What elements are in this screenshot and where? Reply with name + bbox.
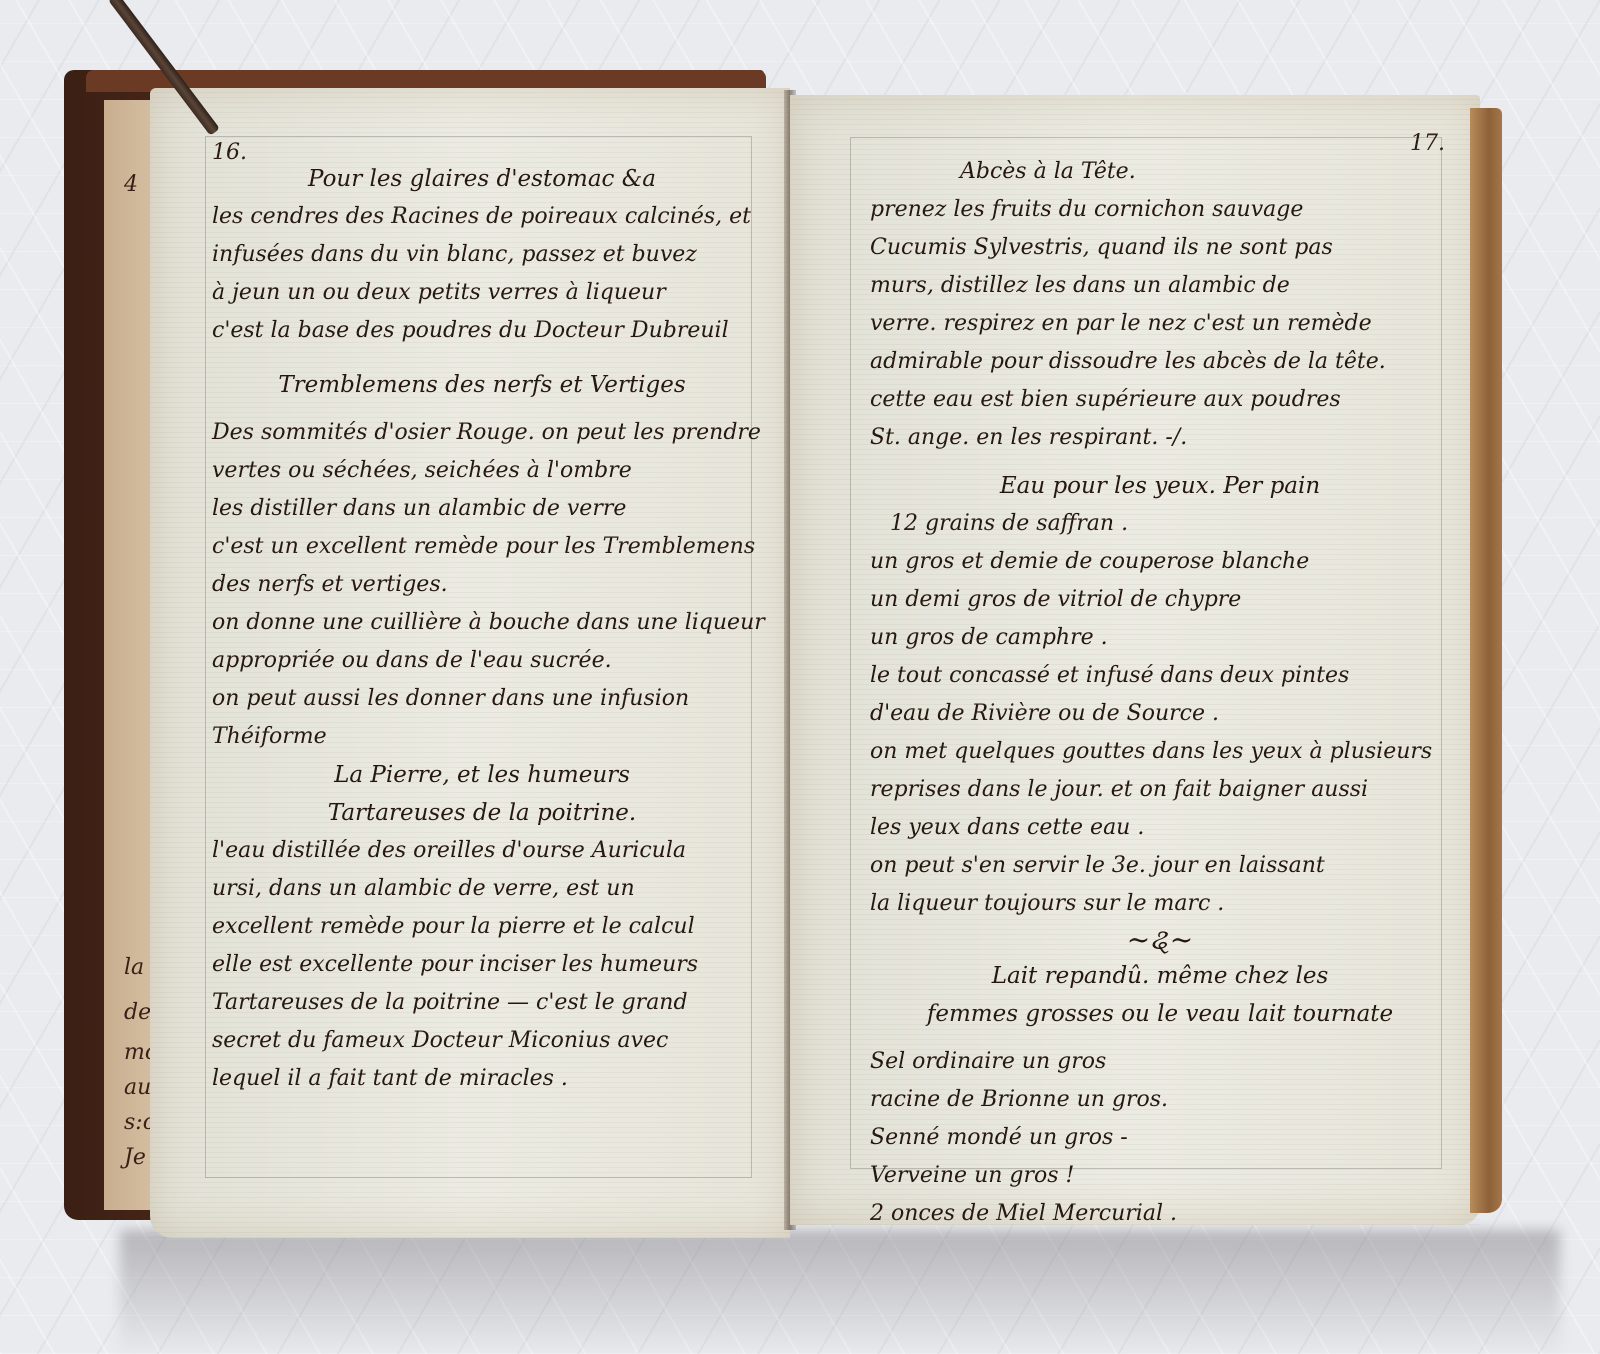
fragment-letters: Je	[124, 1145, 146, 1170]
section-heading-line2: Tartareuses de la poitrine.	[212, 794, 752, 832]
text-line: murs, distillez les dans un alambic de	[870, 267, 1450, 305]
text-line: Sel ordinaire un gros	[870, 1043, 1450, 1081]
text-line: on peut s'en servir le 3e. jour en laiss…	[870, 847, 1450, 885]
left-page: 16. Pour les glaires d'estomac &a les ce…	[150, 88, 790, 1238]
text-line: racine de Brionne un gros.	[870, 1081, 1450, 1119]
book-shadow	[120, 1230, 1560, 1354]
section-heading: Eau pour les yeux. Per pain	[870, 467, 1450, 505]
left-page-text: Pour les glaires d'estomac &a les cendre…	[212, 160, 752, 1098]
text-line: les yeux dans cette eau .	[870, 809, 1450, 847]
text-line: Verveine un gros !	[870, 1157, 1450, 1195]
text-line: St. ange. en les respirant. -/.	[870, 419, 1450, 457]
text-line: c'est la base des poudres du Docteur Dub…	[212, 312, 752, 350]
section-heading: La Pierre, et les humeurs	[212, 756, 752, 794]
section-heading: Abcès à la Tête.	[870, 153, 1450, 191]
text-line: les distiller dans un alambic de verre	[212, 490, 752, 528]
text-line: un gros de camphre .	[870, 619, 1450, 657]
text-line: lequel il a fait tant de miracles .	[212, 1060, 752, 1098]
text-line: on donne une cuillière à bouche dans une…	[212, 604, 752, 642]
text-line: 2 onces de Miel Mercurial .	[870, 1195, 1450, 1233]
text-line: les cendres des Racines de poireaux calc…	[212, 198, 752, 236]
text-line: Cucumis Sylvestris, quand ils ne sont pa…	[870, 229, 1450, 267]
flourish-ornament: ~ୡ~	[870, 923, 1450, 957]
text-line: prenez les fruits du cornichon sauvage	[870, 191, 1450, 229]
text-line: on peut aussi les donner dans une infusi…	[212, 680, 752, 718]
section-heading: Tremblemens des nerfs et Vertiges	[212, 366, 752, 404]
text-line: verre. respirez en par le nez c'est un r…	[870, 305, 1450, 343]
text-line: un demi gros de vitriol de chypre	[870, 581, 1450, 619]
section-heading: Lait repandû. même chez les	[870, 957, 1450, 995]
text-line: Théiforme	[212, 718, 752, 756]
fragment-letters: de	[124, 1000, 151, 1025]
text-line: 12 grains de saffran .	[870, 505, 1450, 543]
section-heading-line2: femmes grosses ou le veau lait tournate	[870, 995, 1450, 1033]
text-line: elle est excellente pour inciser les hum…	[212, 946, 752, 984]
text-line: le tout concassé et infusé dans deux pin…	[870, 657, 1450, 695]
text-line: appropriée ou dans de l'eau sucrée.	[212, 642, 752, 680]
fragment-letters: la	[124, 955, 144, 980]
text-line: à jeun un ou deux petits verres à liqueu…	[212, 274, 752, 312]
fragment-letters: au	[124, 1075, 151, 1100]
text-line: Tartareuses de la poitrine — c'est le gr…	[212, 984, 752, 1022]
text-line: vertes ou séchées, seichées à l'ombre	[212, 452, 752, 490]
text-line: la liqueur toujours sur le marc .	[870, 885, 1450, 923]
text-line: ursi, dans un alambic de verre, est un	[212, 870, 752, 908]
text-line: un gros et demie de couperose blanche	[870, 543, 1450, 581]
text-line: l'eau distillée des oreilles d'ourse Aur…	[212, 832, 752, 870]
section-heading: Pour les glaires d'estomac &a	[212, 160, 752, 198]
page-block-edge	[1470, 108, 1502, 1213]
right-page-text: Abcès à la Tête. prenez les fruits du co…	[870, 153, 1450, 1233]
text-line: Des sommités d'osier Rouge. on peut les …	[212, 414, 752, 452]
text-line: cette eau est bien supérieure aux poudre…	[870, 381, 1450, 419]
text-line: des nerfs et vertiges.	[212, 566, 752, 604]
text-line: admirable pour dissoudre les abcès de la…	[870, 343, 1450, 381]
text-line: excellent remède pour la pierre et le ca…	[212, 908, 752, 946]
right-page: 17. Abcès à la Tête. prenez les fruits d…	[790, 95, 1480, 1225]
fragment-folio: 4	[124, 172, 138, 197]
text-line: c'est un excellent remède pour les Tremb…	[212, 528, 752, 566]
text-line: infusées dans du vin blanc, passez et bu…	[212, 236, 752, 274]
text-line: d'eau de Rivière ou de Source .	[870, 695, 1450, 733]
text-line: Senné mondé un gros -	[870, 1119, 1450, 1157]
text-line: secret du fameux Docteur Miconius avec	[212, 1022, 752, 1060]
text-line: reprises dans le jour. et on fait baigne…	[870, 771, 1450, 809]
text-line: on met quelques gouttes dans les yeux à …	[870, 733, 1450, 771]
